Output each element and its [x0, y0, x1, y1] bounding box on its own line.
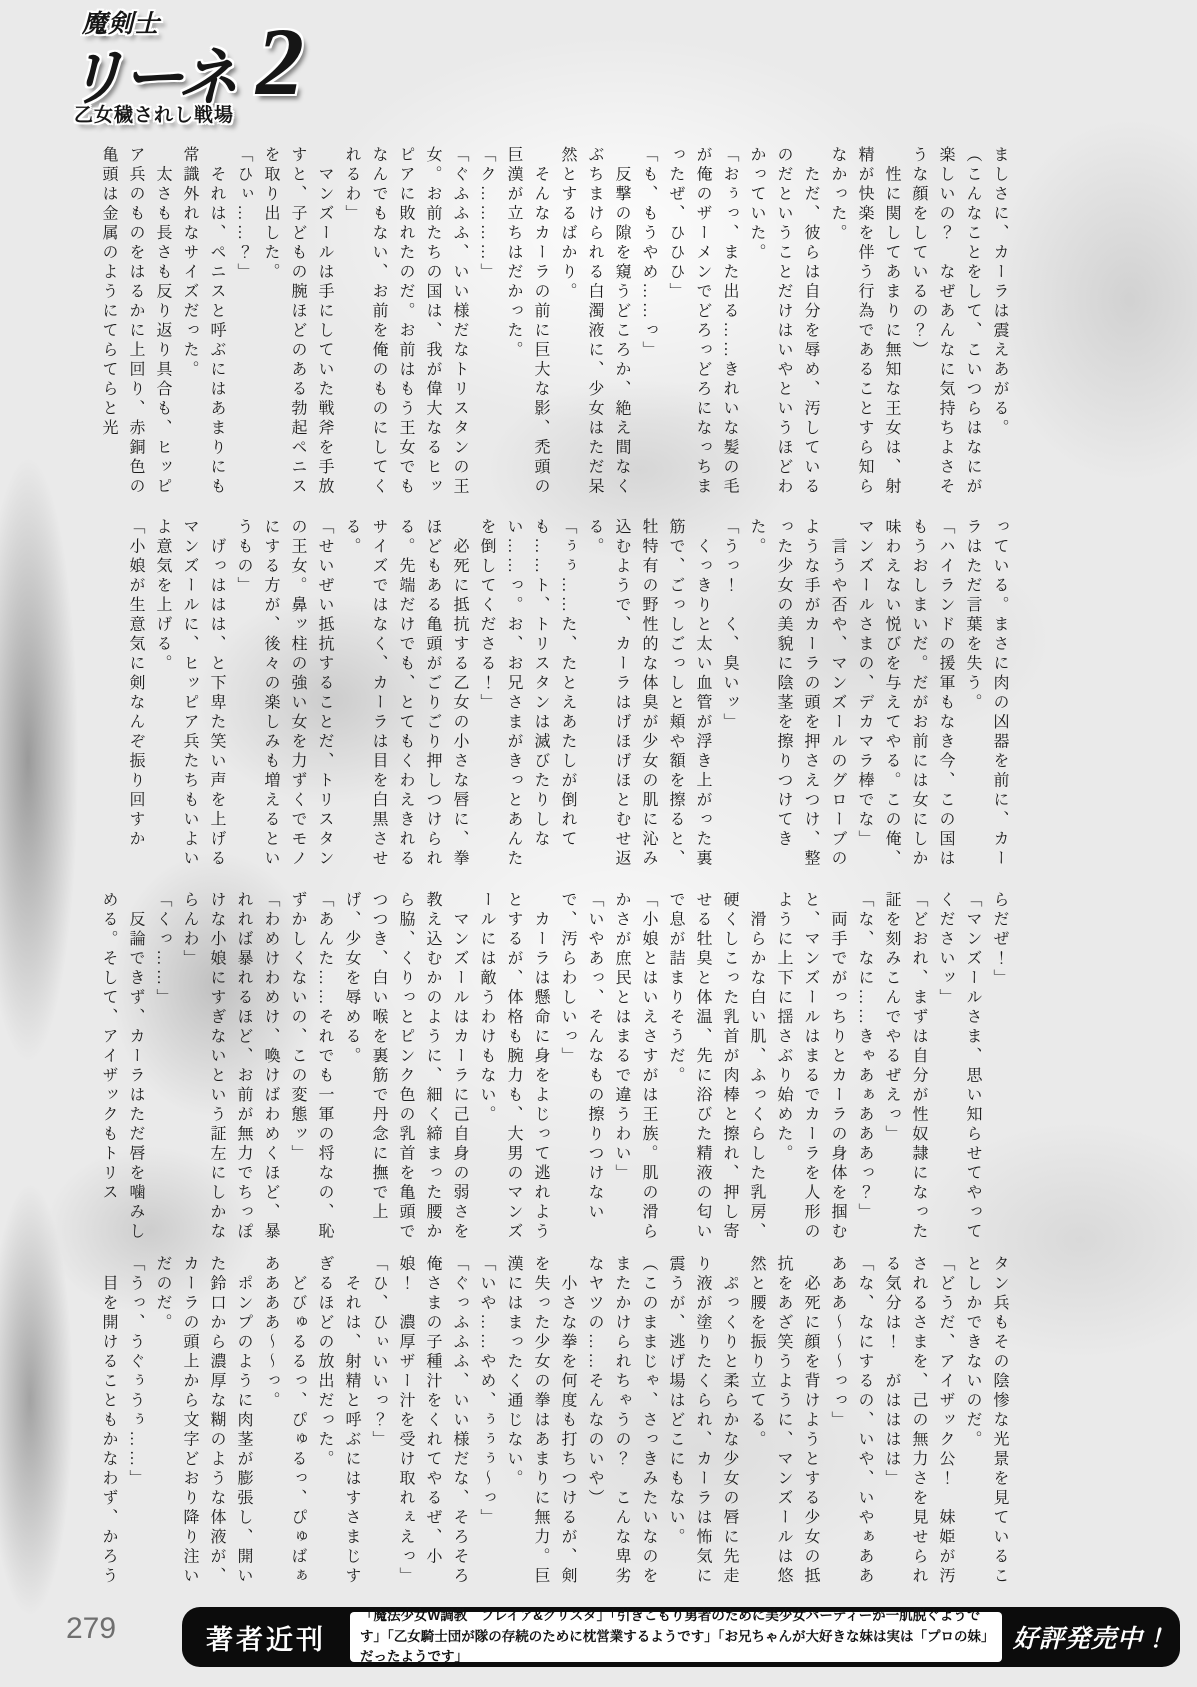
paragraph: 「おぅっ、また出る……きれいな髪の毛が俺のザーメンでどろっどろになっちまったぜ、…: [662, 146, 743, 502]
paragraph: 「マンズールさま、思い知らせてやってくださいッ」: [932, 891, 986, 1247]
banner-promo-text: 好評発売中！: [1002, 1607, 1180, 1667]
novel-page: 魔剣士 リーネ 2 乙女穢されし戦場 ましさに、カーラは震えあがる。（こんなこと…: [0, 0, 1197, 1687]
paragraph: 反論できず、カーラはただ唇を噛みしめる。そして、アイザックもトリス: [95, 891, 149, 1247]
paragraph: 「ぐふふふ、いい様だなトリスタンの王女。お前たちの国は、我が偉大なるヒッピアに敗…: [338, 146, 473, 502]
paragraph: 「な、なにするの、いや、いやぁあああああ～～～っっ」: [824, 1255, 878, 1603]
paragraph: 「わめけわめけ、喚けばわめくほど、暴れれば暴れるほど、お前が無力でちっぽけな小娘…: [176, 891, 284, 1247]
paragraph: 滑らかな白い肌、ふっくらした乳房、硬くしこった乳首が肉棒と擦れ、押し寄せる牡臭と…: [662, 891, 770, 1247]
paragraph: 必死に抵抗する乙女の小さな唇に、拳ほどもある亀頭がごりごり押しつけられる。先端だ…: [338, 518, 473, 874]
paragraph: げっははは、と下卑た笑い声を上げるマンズールに、ヒッピア兵たちもいよいよ意気を上…: [149, 518, 230, 874]
paragraph: 「どうだ、アイザック公！ 妹姫が汚されるさまを、己の無力さを見せられる気分は！ …: [878, 1255, 959, 1603]
paragraph: 「どおれ、まずは自分が性奴隷になった証を刻みこんでやるぜえっ」: [878, 891, 932, 1247]
paragraph: どびゅるるっ、ぴゅるっ、ぴゅばぁああああ～～っ。: [257, 1255, 311, 1603]
paragraph: 「ハイランドの援軍もなき今、この国はもうおしまいだ。だがお前には女にしか味わえな…: [851, 518, 959, 874]
text-band-3: らだぜ！」「マンズールさま、思い知らせてやってくださいッ」「どおれ、まずは自分が…: [85, 891, 1013, 1247]
paragraph: ぷっくりと柔らかな少女の唇に先走り液が塗りたくられ、カーラは怖気に震うが、逃げ場…: [662, 1255, 743, 1603]
paragraph: カーラは懸命に身をよじって逃れようとするが、体格も腕力も、大男のマンズールには敵…: [473, 891, 554, 1247]
paragraph: 両手でがっちりとカーラの身体を掴むと、マンズールはまるでカーラを人形のように上下…: [770, 891, 851, 1247]
paragraph: 「小娘とはいえさすがは王族。肌の滑らかさが庶民とはまるで違うわい」: [608, 891, 662, 1247]
paragraph: （このままじゃ、さっきみたいなのをまたかけられちゃうの？ こんな卑劣なヤツの………: [581, 1255, 662, 1603]
paragraph: 小さな拳を何度も打ちつけるが、剣を失った少女の拳はあまりに無力。巨漢にはまったく…: [500, 1255, 581, 1603]
paragraph: 反撃の隙を窺うどころか、絶え間なくぶちまけられる白濁液に、少女はただ呆然とするば…: [554, 146, 635, 502]
paragraph: 性に関してあまりに無知な王女は、射精が快楽を伴う行為であることすら知らなかった。: [824, 146, 905, 502]
paragraph: 「ぅぅ……た、たとえあたしが倒れても……ト、トリスタンは滅びたりしない……っ。お…: [473, 518, 581, 874]
paragraph: 「うっ！ く、臭いッ」: [716, 518, 743, 874]
page-number: 279: [66, 1612, 116, 1646]
paragraph: マンズールはカーラに己自身の弱さを教え込むかのように、細く締まった腰から脇、くり…: [338, 891, 473, 1247]
series-logo: 魔剣士 リーネ 2 乙女穢されし戦場: [60, 4, 350, 132]
paragraph: 必死に顔を背けようとする少女の抵抗をあざ笑うように、マンズールは悠然と腰を振り立…: [743, 1255, 824, 1603]
logo-subtitle: 乙女穢されし戦場: [74, 100, 234, 127]
paragraph: それは、射精と呼ぶにはすさまじすぎるほどの放出だった。: [311, 1255, 365, 1603]
paragraph: 太さも長さも反り返り具合も、ヒッピア兵のものをはるかに上回り、赤銅色の亀頭は金属…: [95, 146, 176, 502]
paragraph: らだぜ！」: [986, 891, 1013, 1247]
paragraph: 「いやあっ、そんなもの擦りつけないで、汚らわしいっ」: [554, 891, 608, 1247]
paragraph: 「ク…………」: [473, 146, 500, 502]
paragraph: っている。まさに肉の凶器を前に、カーラはただ言葉を失う。: [959, 518, 1013, 874]
text-band-2: っている。まさに肉の凶器を前に、カーラはただ言葉を失う。「ハイランドの援軍もなき…: [85, 518, 1013, 874]
paragraph: 「いや……やめ、ぅぅぅ～っ」: [473, 1255, 500, 1603]
paragraph: 「あんた……それでも一軍の将なの、恥ずかしくないの、この変態ッ」: [284, 891, 338, 1247]
paragraph: 「うっ、うぐぅうぅ……」: [122, 1255, 149, 1603]
paragraph: ポンプのように肉茎が膨張し、開いた鈴口から濃厚な糊のような体液が、カーラの頭上か…: [149, 1255, 257, 1603]
paragraph: 「ひ、ひぃいいっ？」: [365, 1255, 392, 1603]
paragraph: 「ぐっふふふ、いい様だな、そろそろ俺さまの子種汁をくれてやるぜ、小娘！ 濃厚ザー…: [392, 1255, 473, 1603]
paragraph: 「小娘が生意気に剣なんぞ振り回すか: [122, 518, 149, 874]
text-band-1: ましさに、カーラは震えあがる。（こんなことをして、こいつらはなにが楽しいの？ な…: [85, 146, 1013, 502]
logo-volume-number: 2: [256, 6, 304, 117]
paragraph: 「も、もうやめ……っ」: [635, 146, 662, 502]
paragraph: 「な、なに……きゃあぁあああっ？」: [851, 891, 878, 1247]
paragraph: くっきりと太い血管が浮き上がった裏筋で、ごっしごっしと頬や額を擦ると、牡特有の野…: [581, 518, 716, 874]
paragraph: ましさに、カーラは震えあがる。: [986, 146, 1013, 502]
paragraph: タン兵もその陰惨な光景を見ていることしかできないのだ。: [959, 1255, 1013, 1603]
paragraph: 目を開けることもかなわず、かろう: [95, 1255, 122, 1603]
paragraph: ただ、彼らは自分を辱め、汚しているのだということだけはいやというほどわかっていた…: [743, 146, 824, 502]
paragraph: 「くっ……」: [149, 891, 176, 1247]
paragraph: （こんなことをして、こいつらはなにが楽しいの？ なぜあんなに気持ちよさそうな顔を…: [905, 146, 986, 502]
paragraph: マンズールは手にしていた戦斧を手放すと、子どもの腕ほどのある勃起ペニスを取り出し…: [257, 146, 338, 502]
author-books-banner: 著者近刊 「魔法少女W調教 フレイア&クリスタ」「引きこもり勇者のために美少女パ…: [182, 1607, 1180, 1667]
text-band-4: タン兵もその陰惨な光景を見ていることしかできないのだ。「どうだ、アイザック公！ …: [85, 1255, 1013, 1603]
paragraph: 言うや否や、マンズールのグローブのような手がカーラの頭を押さえつけ、整った少女の…: [743, 518, 851, 874]
paragraph: 「せいぜい抵抗することだ、トリスタンの王女。鼻ッ柱の強い女を力ずくでモノにする方…: [230, 518, 338, 874]
banner-book-titles: 「魔法少女W調教 フレイア&クリスタ」「引きこもり勇者のために美少女パーティーが…: [350, 1612, 1002, 1662]
paragraph: 「ひぃ……？」: [230, 146, 257, 502]
paragraph: そんなカーラの前に巨大な影、禿頭の巨漢が立ちはだかった。: [500, 146, 554, 502]
banner-label: 著者近刊: [182, 1607, 350, 1667]
paragraph: それは、ペニスと呼ぶにはあまりにも常識外れなサイズだった。: [176, 146, 230, 502]
